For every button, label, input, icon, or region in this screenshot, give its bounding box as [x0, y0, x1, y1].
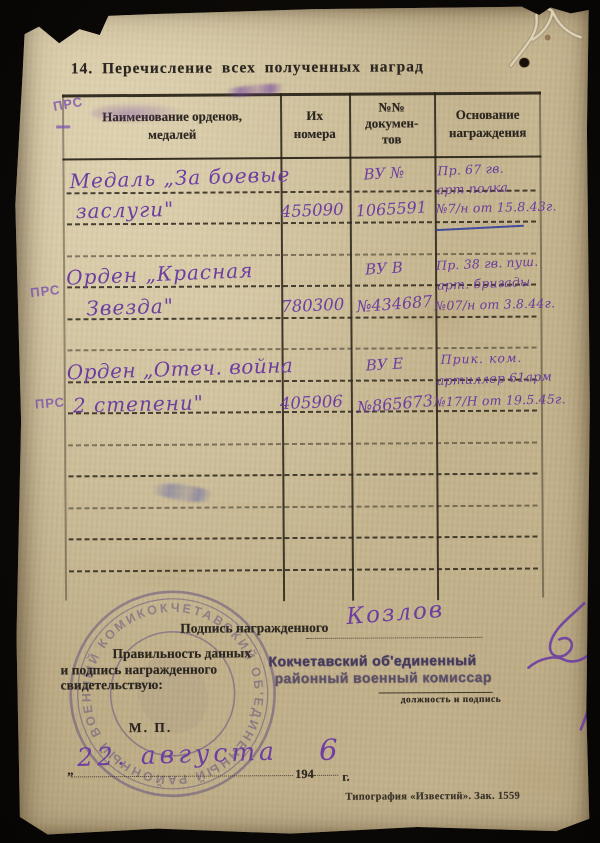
award1-basis-line3: №7/н от 15.8.43г.: [436, 198, 557, 216]
header-documents: №№ докумен- тов: [350, 99, 433, 148]
date-year-printed: 194: [295, 767, 314, 782]
table-left-border: [62, 94, 67, 600]
certify-line3: свидетельствую:: [61, 676, 271, 693]
thread: [480, 3, 600, 84]
position-sign-line: [379, 692, 493, 694]
award-row-3: Орден „Отеч. война 2 степени" 405906 ВУ …: [10, 3, 588, 7]
table-top-border: [62, 92, 541, 98]
header-basis-line1: Основание: [436, 106, 539, 125]
date-line: [71, 753, 293, 777]
header-documents-line3: тов: [350, 131, 433, 148]
table-header-bottom-border: [62, 156, 541, 161]
award2-number: 780300: [281, 295, 345, 317]
commissariat-stamp-line2: районный военный комиссар: [275, 669, 492, 686]
award1-doc-series: ВУ №: [363, 163, 405, 183]
header-basis-line2: награждения: [436, 124, 539, 143]
paper-hole: [519, 58, 530, 68]
award1-basis-line2: арт полка: [436, 179, 508, 197]
document-paper: 14. Перечисление всех полученных наград …: [13, 5, 591, 837]
commissariat-stamp-line1: Кокчетавский об'единенный: [268, 652, 476, 669]
position-label: должность и подпись: [401, 695, 502, 706]
certify-line2: и подпись награжденного: [60, 661, 270, 678]
ruled-line: [68, 442, 539, 447]
certify-text: Правильность данных и подпись награжденн…: [60, 645, 270, 693]
award2-name-line2: Звезда": [86, 294, 174, 321]
award1-number: 455090: [280, 200, 344, 222]
award-row-1: Медаль „За боевые заслуги" 455090 ВУ № 1…: [10, 3, 588, 7]
margin-mark-prs-3: ПРС: [34, 394, 65, 411]
award-row-2: Орден „Красная Звезда" 780300 ВУ В №4346…: [10, 3, 588, 7]
ruled-line: [68, 473, 539, 478]
header-documents-line2: докумен-: [350, 115, 433, 132]
date-year-hand: 6: [319, 733, 338, 767]
award3-doc-series: ВУ Е: [365, 354, 404, 374]
typography-imprint: Типография «Известий». Зак. 1559: [345, 791, 520, 803]
ruled-line: [69, 505, 540, 510]
page-title: 14. Перечисление всех полученных наград: [71, 58, 424, 78]
header-award-name-line2: медалей: [68, 125, 276, 144]
header-numbers-line2: номера: [281, 125, 348, 143]
award3-basis-line1: Прик. ком.: [440, 350, 522, 367]
header-documents-line1: №№: [350, 99, 433, 116]
certify-line1: Правильность данных: [60, 645, 270, 662]
header-numbers-line1: Их: [281, 107, 348, 125]
commissar-signature: [510, 599, 600, 732]
award3-number: 405906: [280, 392, 344, 414]
award3-basis-line3: №17/Н от 19.5.45г.: [434, 391, 566, 409]
margin-mark-prs-2: ПРС: [29, 282, 61, 300]
ruled-line: [69, 568, 540, 573]
award3-name-line2: 2 степени": [73, 390, 205, 417]
date-year-suffix: г.: [342, 770, 349, 785]
ruled-line: [69, 536, 540, 541]
award2-basis-line3: №07/н от 3.8.44г.: [434, 295, 555, 313]
paper-hole-small: [545, 34, 551, 40]
award1-basis-line1: Пр. 67 гв.: [437, 161, 504, 179]
table-right-border: [539, 92, 544, 598]
margin-dash: [56, 125, 70, 128]
mp-label: М. П.: [129, 720, 172, 736]
award2-doc-series: ВУ В: [365, 258, 404, 278]
award1-name-line2: заслуги": [75, 197, 174, 223]
header-basis: Основание награждения: [436, 106, 539, 143]
header-numbers: Их номера: [281, 107, 348, 143]
paper-stain: [485, 743, 585, 814]
